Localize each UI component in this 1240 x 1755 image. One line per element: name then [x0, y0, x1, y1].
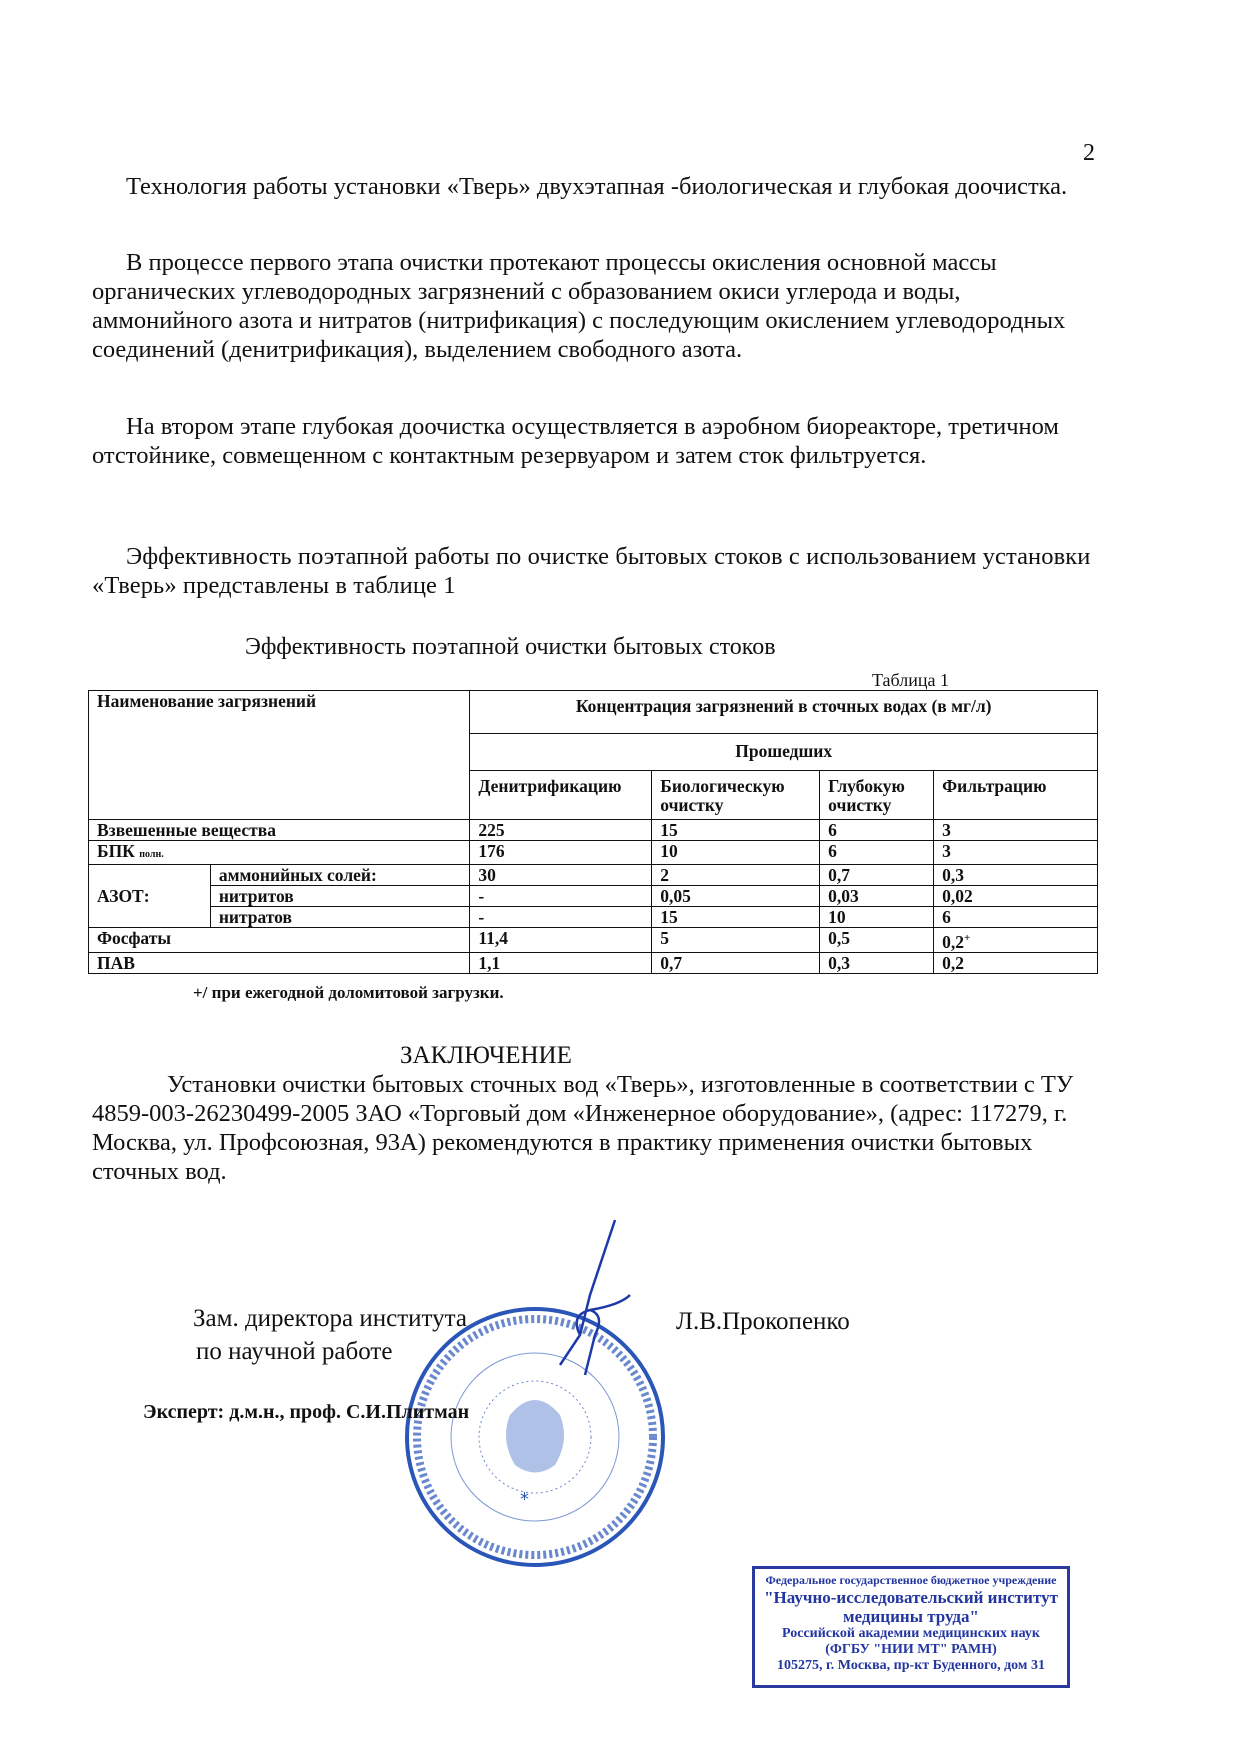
cell-value: 1,1 [470, 952, 652, 973]
row-name: Взвешенные вещества [89, 820, 470, 841]
row-name: ПАВ [89, 952, 470, 973]
paragraph-text: На втором этапе глубокая доочистка осуще… [92, 413, 1059, 469]
conclusion-text: Установки очистки бытовых сточных вод «Т… [92, 1070, 1092, 1186]
cell-value: 3 [934, 820, 1098, 841]
table-footnote: +/ при ежегодной доломитовой загрузки. [193, 983, 504, 1003]
header-stage-denitrification: Денитрификацию [470, 771, 652, 820]
cell-value: 0,2+ [934, 928, 1098, 953]
row-name-subscript: полн. [139, 849, 164, 860]
cell-value: 0,02 [934, 886, 1098, 907]
cell-value: 0,7 [652, 952, 820, 973]
cell-value: 0,3 [934, 865, 1098, 886]
row-name: Фосфаты [89, 928, 470, 953]
cell-value: 0,5 [820, 928, 934, 953]
cell-value: 6 [934, 907, 1098, 928]
cell-value: - [470, 907, 652, 928]
efficiency-table: Наименование загрязнений Концентрация за… [88, 690, 1098, 974]
stamp-line: Российской академии медицинских наук [755, 1626, 1067, 1642]
table-number-label: Таблица 1 [872, 670, 949, 691]
header-passed: Прошедших [470, 734, 1098, 771]
paragraph-text: Технология работы установки «Тверь» двух… [126, 173, 1067, 200]
cell-value: 6 [820, 841, 934, 865]
row-name: нитритов [210, 886, 470, 907]
cell-value: 225 [470, 820, 652, 841]
table-row: Взвешенные вещества 225 15 6 3 [89, 820, 1098, 841]
stamp-line: "Научно-исследовательский институт [755, 1588, 1067, 1607]
paragraph-text: Установки очистки бытовых сточных вод «Т… [92, 1071, 1073, 1185]
header-stage-deep: Глубокую очистку [820, 771, 934, 820]
cell-value: 0,7 [820, 865, 934, 886]
row-group-nitrogen: АЗОТ: [89, 865, 211, 928]
cell-value: 11,4 [470, 928, 652, 953]
cell-value: 15 [652, 907, 820, 928]
header-concentration: Концентрация загрязнений в сточных водах… [470, 691, 1098, 734]
cell-value: 2 [652, 865, 820, 886]
table-row: Фосфаты 11,4 5 0,5 0,2+ [89, 928, 1098, 953]
cell-value: 176 [470, 841, 652, 865]
row-name-text: БПК [97, 841, 135, 861]
cell-value-text: 0,2 [942, 932, 964, 952]
header-stage-biological: Биологическую очистку [652, 771, 820, 820]
cell-value: 0,3 [820, 952, 934, 973]
paragraph-text: Эффективность поэтапной работы по очистк… [92, 543, 1091, 599]
cell-value: 15 [652, 820, 820, 841]
cell-value: 3 [934, 841, 1098, 865]
paragraph-second-stage: На втором этапе глубокая доочистка осуще… [92, 412, 1092, 470]
stamp-line: (ФГБУ "НИИ МТ" РАМН) [755, 1642, 1067, 1658]
cell-value: 0,05 [652, 886, 820, 907]
signatory-name: Л.В.Прокопенко [676, 1308, 850, 1336]
table-row: АЗОТ: аммонийных солей: 30 2 0,7 0,3 [89, 865, 1098, 886]
table-title: Эффективность поэтапной очистки бытовых … [245, 634, 776, 661]
paragraph-first-stage: В процессе первого этапа очистки протека… [92, 248, 1092, 364]
header-name-col: Наименование загрязнений [89, 691, 470, 820]
cell-value: 6 [820, 820, 934, 841]
cell-value: - [470, 886, 652, 907]
page-number: 2 [1083, 140, 1095, 167]
table-row: ПАВ 1,1 0,7 0,3 0,2 [89, 952, 1098, 973]
footnote-marker: + [964, 932, 970, 944]
stamp-line: Федеральное государственное бюджетное уч… [755, 1572, 1067, 1588]
cell-value: 0,03 [820, 886, 934, 907]
signatory-position-line2: по научной работе [196, 1338, 392, 1366]
stamp-line: 105275, г. Москва, пр-кт Буденного, дом … [755, 1658, 1067, 1674]
header-stage-filtration: Фильтрацию [934, 771, 1098, 820]
table-header-row: Наименование загрязнений Концентрация за… [89, 691, 1098, 734]
cell-value: 10 [652, 841, 820, 865]
stamp-line: медицины труда" [755, 1607, 1067, 1626]
svg-text:*: * [520, 1489, 529, 1510]
conclusion-title: ЗАКЛЮЧЕНИЕ [400, 1042, 572, 1070]
institution-stamp: Федеральное государственное бюджетное уч… [752, 1566, 1070, 1688]
row-name: аммонийных солей: [210, 865, 470, 886]
paragraph-text: В процессе первого этапа очистки протека… [92, 249, 1065, 363]
table-row: нитритов - 0,05 0,03 0,02 [89, 886, 1098, 907]
table-row: БПК полн. 176 10 6 3 [89, 841, 1098, 865]
cell-value: 5 [652, 928, 820, 953]
table-row: нитратов - 15 10 6 [89, 907, 1098, 928]
expert-line: Эксперт: д.м.н., проф. С.И.Плитман [143, 1401, 469, 1424]
row-name: нитратов [210, 907, 470, 928]
cell-value: 30 [470, 865, 652, 886]
cell-value: 0,2 [934, 952, 1098, 973]
row-name: БПК полн. [89, 841, 470, 865]
signature-icon [520, 1215, 640, 1385]
paragraph-efficiency-intro: Эффективность поэтапной работы по очистк… [92, 542, 1092, 600]
paragraph-technology: Технология работы установки «Тверь» двух… [92, 172, 1092, 201]
cell-value: 10 [820, 907, 934, 928]
